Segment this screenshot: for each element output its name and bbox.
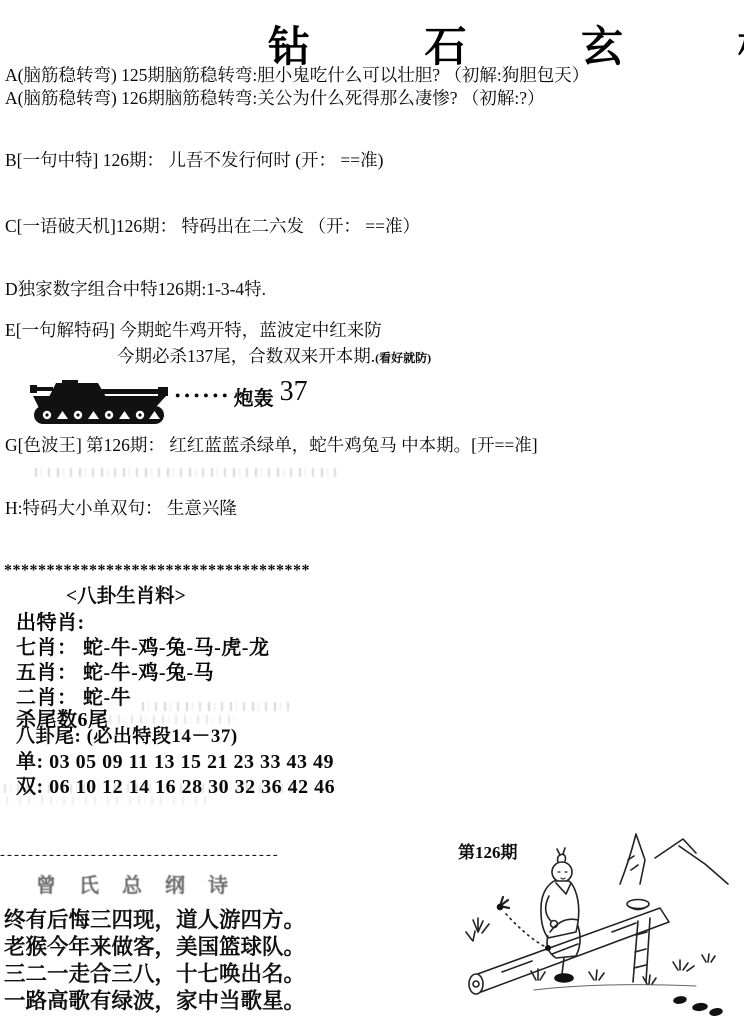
poem-title: 曾 氏 总 纲 诗 — [36, 869, 237, 898]
lottery-tip-sheet: 钻 石 玄 机 A(脑筋稳转弯) 125期脑筋稳转弯:胆小鬼吃什么可以壮胆? （… — [0, 0, 744, 1024]
star-divider: ************************************ — [4, 562, 310, 580]
bagua-section-title: <八卦生肖料> — [66, 580, 186, 608]
erased-text-smudge — [142, 702, 292, 711]
tip-c-line: C[一语破天机]126期： 特码出在二六发 （开： ==准） — [5, 213, 420, 238]
cannon-caption: 炮轰 — [234, 382, 274, 411]
erased-text-smudge — [6, 796, 206, 805]
tank-icon — [28, 380, 173, 426]
tip-h-line: H:特码大小单双句： 生意兴隆 — [5, 495, 237, 520]
tip-e-note: (看好就防) — [375, 351, 431, 365]
riddle-line-125: A(脑筋稳转弯) 125期脑筋稳转弯:胆小鬼吃什么可以壮胆? （初解:狗胆包天） — [5, 62, 589, 87]
cannon-blast-row: ●●●●●● 炮轰 37 — [28, 380, 308, 426]
poem-line: 一路高歌有绿波，家中当歌星。 — [4, 984, 305, 1015]
tip-d-line: D独家数字组合中特126期:1-3-4特. — [5, 276, 266, 301]
tip-g-line: G[色波王] 第126期： 红红蓝蓝杀绿单，蛇牛鸡兔马 中本期。[开==准] — [5, 432, 538, 457]
cannon-number: 37 — [280, 376, 308, 408]
bagua-baguawei: 八卦尾: (必出特段14－37) — [16, 721, 238, 748]
seesaw-figure-illustration — [442, 820, 744, 1024]
erased-text-smudge — [4, 784, 304, 793]
tip-b-line: B[一句中特] 126期： 儿吾不发行何时 (开： ==准) — [5, 147, 383, 172]
shell-dots: ●●●●●● — [175, 390, 232, 400]
tip-e-line2: 今期必杀137尾，合数双来开本期.(看好就防) — [117, 343, 431, 368]
erased-text-smudge — [35, 468, 340, 477]
tip-e-line1: E[一句解特码] 今期蛇牛鸡开特，蓝波定中红来防 — [5, 317, 382, 342]
tip-e-line2-text: 今期必杀137尾，合数双来开本期. — [117, 346, 375, 366]
riddle-line-126: A(脑筋稳转弯) 126期脑筋稳转弯:关公为什么死得那么凄惨? （初解:?） — [5, 85, 545, 110]
dashed-divider: ---------------------------------------- — [0, 847, 280, 864]
